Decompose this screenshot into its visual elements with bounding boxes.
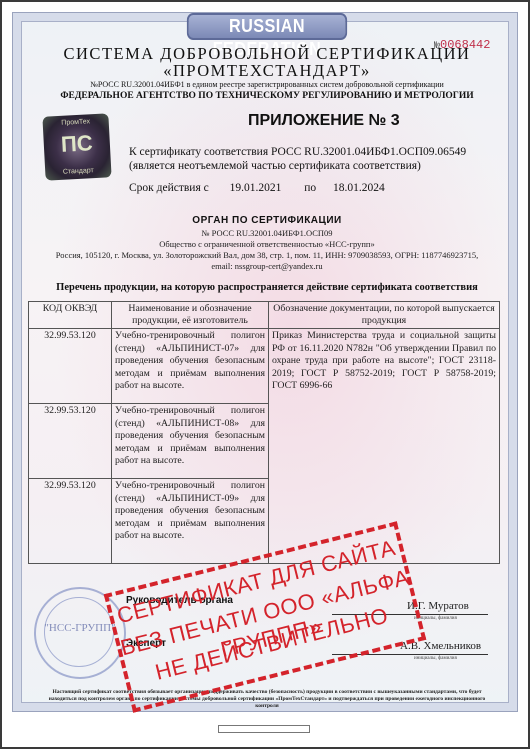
products-table: КОД ОКВЭД Наименование и обозначение про…	[28, 301, 500, 564]
to-label: по	[304, 182, 316, 194]
product-name: Учебно-тренировочный полигон (стенд) «АЛ…	[112, 479, 269, 564]
hologram-center-text: ПС	[43, 129, 110, 158]
column-header-code: КОД ОКВЭД	[29, 302, 112, 329]
certification-body-email: email: nssgroup-cert@yandex.ru	[2, 261, 530, 271]
certification-body-address: Россия, 105120, г. Москва, ул. Золоторож…	[2, 250, 530, 260]
okved-code: 32.99.53.120	[29, 404, 112, 479]
expert-caption: инициалы, фамилия	[414, 656, 457, 661]
appendix-title: ПРИЛОЖЕНИЕ № 3	[248, 112, 400, 130]
column-header-product: Наименование и обозначение продукции, её…	[112, 302, 269, 329]
footnote: Настоящий сертификат соответствия обязыв…	[42, 689, 492, 710]
product-name: Учебно-тренировочный полигон (стенд) «АЛ…	[112, 404, 269, 479]
certificate-page: RUSSIAN FEDERATION №0068442 СИСТЕМА ДОБР…	[2, 2, 528, 747]
valid-from: 19.01.2021	[230, 182, 282, 194]
certification-body-number: № РОСС RU.32001.04ИБФ1.ОСП09	[2, 228, 530, 238]
form-code-box	[218, 725, 310, 733]
product-list-title: Перечень продукции, на которую распростр…	[2, 282, 530, 293]
table-header-row: КОД ОКВЭД Наименование и обозначение про…	[29, 302, 500, 329]
hologram-logo-icon: ПромТех ПС Стандарт	[42, 113, 111, 180]
system-name: «ПРОМТЕХСТАНДАРТ»	[2, 61, 530, 81]
country-badge: RUSSIAN FEDERATION	[187, 13, 347, 40]
valid-to: 18.01.2024	[333, 182, 385, 194]
column-header-documentation: Обозначение документации, по которой вып…	[269, 302, 500, 329]
registry-line: №РОСС RU.32001.04ИБФ1 в едином реестре з…	[2, 80, 530, 89]
okved-code: 32.99.53.120	[29, 479, 112, 564]
table-row: 32.99.53.120 Учебно-тренировочный полиго…	[29, 329, 500, 404]
product-name: Учебно-тренировочный полигон (стенд) «АЛ…	[112, 329, 269, 404]
hologram-top-text: ПромТех	[43, 117, 109, 127]
certification-body-organization: Общество с ограниченной ответственностью…	[2, 239, 530, 249]
certification-body-title: ОРГАН ПО СЕРТИФИКАЦИИ	[2, 215, 530, 226]
validity-period: Срок действия с 19.01.2021 по 18.01.2024	[129, 182, 385, 194]
reference-note: (является неотъемлемой частью сертификат…	[129, 160, 421, 172]
agency-name: ФЕДЕРАЛЬНОЕ АГЕНТСТВО ПО ТЕХНИЧЕСКОМУ РЕ…	[2, 91, 530, 101]
validity-label: Срок действия с	[129, 182, 209, 194]
okved-code: 32.99.53.120	[29, 329, 112, 404]
certificate-reference: К сертификату соответствия РОСС RU.32001…	[129, 146, 466, 158]
hologram-bottom-text: Стандарт	[45, 166, 111, 176]
